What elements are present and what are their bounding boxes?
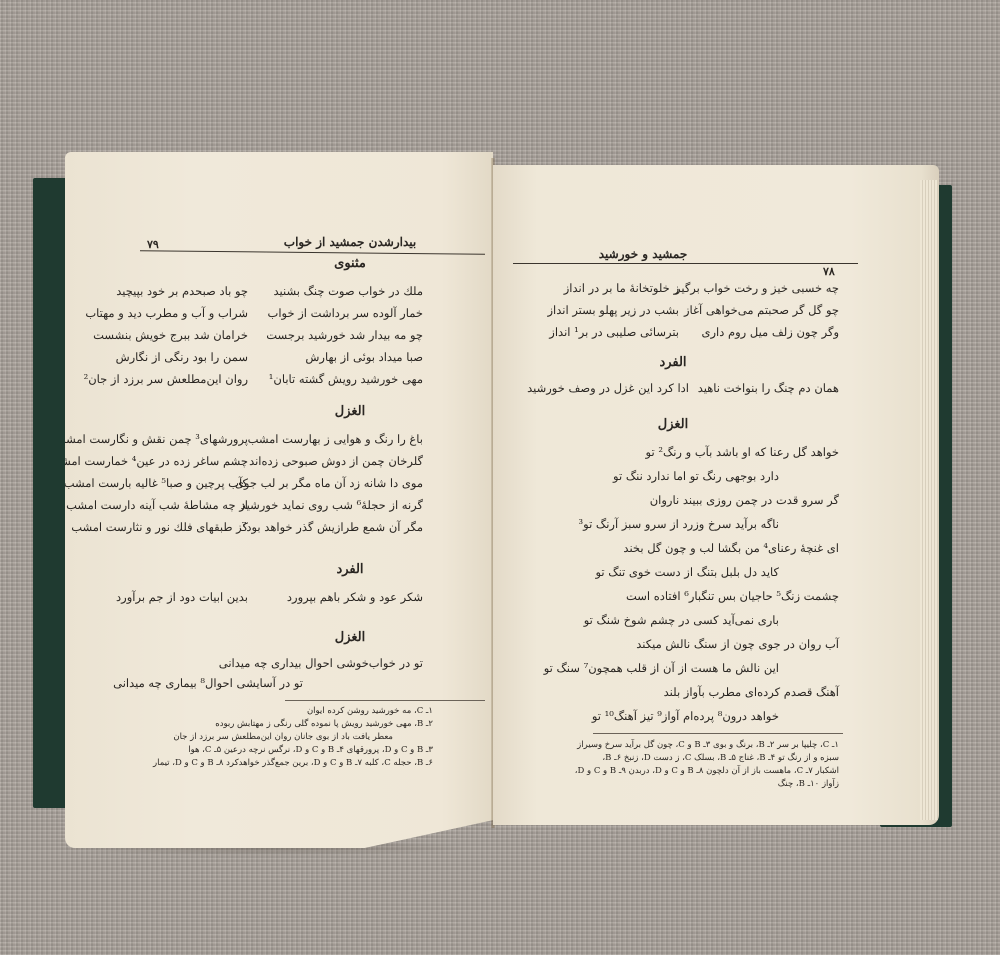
hemistich-left: چشم ساغر زده در عین⁴ خمارست امشب [50, 450, 248, 472]
verse-line: ناگه برآید سرخ وزرد از سرو سبز آرنگ تو³ [579, 513, 780, 535]
footnote-rule [285, 700, 485, 701]
footnote-line: زآواز ۱۰ـ B، چنگ [778, 778, 839, 790]
verse-line: آب روان در جوی چون از سنگ نالش میکند [636, 633, 839, 655]
verse-line: تو در خواب‌خوشی احوال بیداری چه میدانی [219, 652, 423, 674]
hemistich-right: موی دا شانه زد آن ماه مگر بر لب جوی [235, 472, 423, 494]
verse-line: دارد بوجهی رنگ تو اما ندارد ننگ تو [613, 465, 779, 487]
section-title: الفرد [215, 562, 485, 577]
verse-line: خواهد گل رعنا که او باشد بآب و رنگ² تو [646, 441, 840, 463]
hemistich-left: بشب در زیر پهلو بستر انداز [547, 299, 679, 321]
hemistich-left: سمن را بود رنگی از نگارش [116, 346, 248, 368]
verse-line: کاید دل بلبل بتنگ از دست خوی تنگ تو [595, 561, 779, 583]
section-title: الغزل [215, 404, 485, 419]
hemistich-right: ملك در خواب صوت چنگ بشنید [273, 280, 423, 302]
verse-line: ای غنچهٔ رعنای⁴ من بگشا لب و چون گل بخند [623, 537, 839, 559]
verse-line: این نالش ما هست از آن از قلب همچون⁷ سنگ … [544, 657, 779, 679]
hemistich-left: شراب و آب و مطرب دید و مهتاب [85, 302, 248, 324]
hemistich-right: چو گل گر صحبتم می‌خواهی آغاز [684, 299, 839, 321]
footnote-line: ۱ـ C، مه خورشید روشن کرده ایوان [307, 705, 433, 717]
section-title: الغزل [533, 417, 813, 432]
section-title: الغزل [215, 630, 485, 645]
hemistich-right: شکر عود و شکر باهم بپرورد [287, 586, 423, 608]
right-page: جمشید و خورشید ۷۸ چه خسبی خیز و رخت خواب… [493, 165, 939, 825]
hemistich-right: باغ را رنگ و هوایی ز بهارست امشب [248, 428, 423, 450]
verse-line: چشمت زنگ⁵ حاجیان بس تنگبار⁶ افتاده است [626, 585, 839, 607]
hemistich-left: بدین ابیات دود از جم برآورد [116, 586, 248, 608]
verse-line: گر سرو قدت در چمن روزی ببیند ناروان [650, 489, 839, 511]
header-rule [140, 250, 485, 255]
hemistich-right: مهی خورشید رویش گشته تابان¹ [269, 368, 423, 390]
hemistich-right: چو مه بیدار شد خورشید برجست [266, 324, 423, 346]
hemistich-right: گرنه از حجلهٔ⁶ شب روی نماید خورشید [241, 494, 423, 516]
footnote-line: ۱ـ C، چلیپا بر سر ۲ـ B، برنگ و بوی ۳ـ B … [577, 739, 839, 751]
footnote-line: ۶ـ B، حجله C، کلبه ۷ـ B و C و D، برین جم… [153, 757, 433, 769]
hemistich-left: چو باد صبحدم بر خود بپیچید [116, 280, 248, 302]
footnote-rule [593, 733, 843, 734]
section-title: الفرد [533, 355, 813, 370]
hemistich-left: روان این‌مطلعش سر برزد از جان² [84, 368, 248, 390]
hemistich-right: مگر آن شمع طرازیش گذر خواهد بود⁷ [242, 516, 423, 538]
hemistich-left: بترسائی صلیبی در بر¹ انداز [549, 321, 679, 343]
hemistich-left: پرورشهای³ چمن نقش و نگارست امشب [55, 428, 248, 450]
verse-line: آهنگ قصدم کرده‌ای مطرب بآواز بلند [664, 681, 839, 703]
verse-line: تو در آسایشی احوال⁸ بیماری چه میدانی [113, 672, 303, 694]
hemistich-left: ادا کرد این غزل در وصف خورشید [527, 377, 689, 399]
hemistich-left: ز خلوتخانهٔ ما بر در انداز [564, 277, 679, 299]
hemistich-left: خرامان شد ببرج خویش بنشست [93, 324, 248, 346]
footnote-line: ۳ـ B و C و D، پرورقهای ۴ـ B و C و D، نرگ… [188, 744, 433, 756]
page-block-edges [920, 180, 938, 820]
hemistich-right: وگر چون زلف میل روم داری [701, 321, 839, 343]
verse-line: باری نمی‌آید کسی در چشم شوخ شنگ تو [584, 609, 779, 631]
header-rule [513, 263, 858, 264]
section-title: مثنوی [215, 256, 485, 271]
verse-line: خواهد درون⁸ پرده‌ام آواز⁹ تیز آهنگ¹⁰ تو [592, 705, 779, 727]
hemistich-right: چه خسبی خیز و رخت خواب برگیر [675, 277, 839, 299]
footnote-line: اشکبار ۷ـ C، ماهست باز از آن دلچون ۸ـ B … [575, 765, 839, 777]
hemistich-left: کز طبقهای فلك نور و نثارست امشب [71, 516, 248, 538]
footnote-line: سبزه و از رنگ تو ۴ـ B، غناج ۵ـ B، بسلک C… [602, 752, 839, 764]
footnote-line: معطر یافت باد از بوی جانان روان این‌مطلع… [173, 731, 393, 743]
hemistich-right: همان دم چنگ را بنواخت ناهید [698, 377, 839, 399]
hemistich-left: از چه مشاطهٔ شب آینه دارست امشب [66, 494, 248, 516]
running-head: بیدارشدن جمشید از خواب [215, 235, 485, 249]
hemistich-right: خمار آلوده سر برداشت از خواب [268, 302, 423, 324]
page-number: ۷۹ [147, 238, 159, 251]
hemistich-right: صبا میداد بوئی از بهارش [305, 346, 423, 368]
hemistich-left: کآب پرچین و صبا⁵ غالیه بارست امشب [64, 472, 248, 494]
running-head: جمشید و خورشید [513, 247, 773, 261]
footnote-line: ۲ـ B، مهی خورشید رویش پا نموده گلی رنگی … [215, 718, 433, 730]
left-page: ۷۹ بیدارشدن جمشید از خواب مثنوی ملك در خ… [65, 152, 493, 848]
hemistich-right: گلرخان چمن از دوش صبوحی زده‌اند [249, 450, 423, 472]
